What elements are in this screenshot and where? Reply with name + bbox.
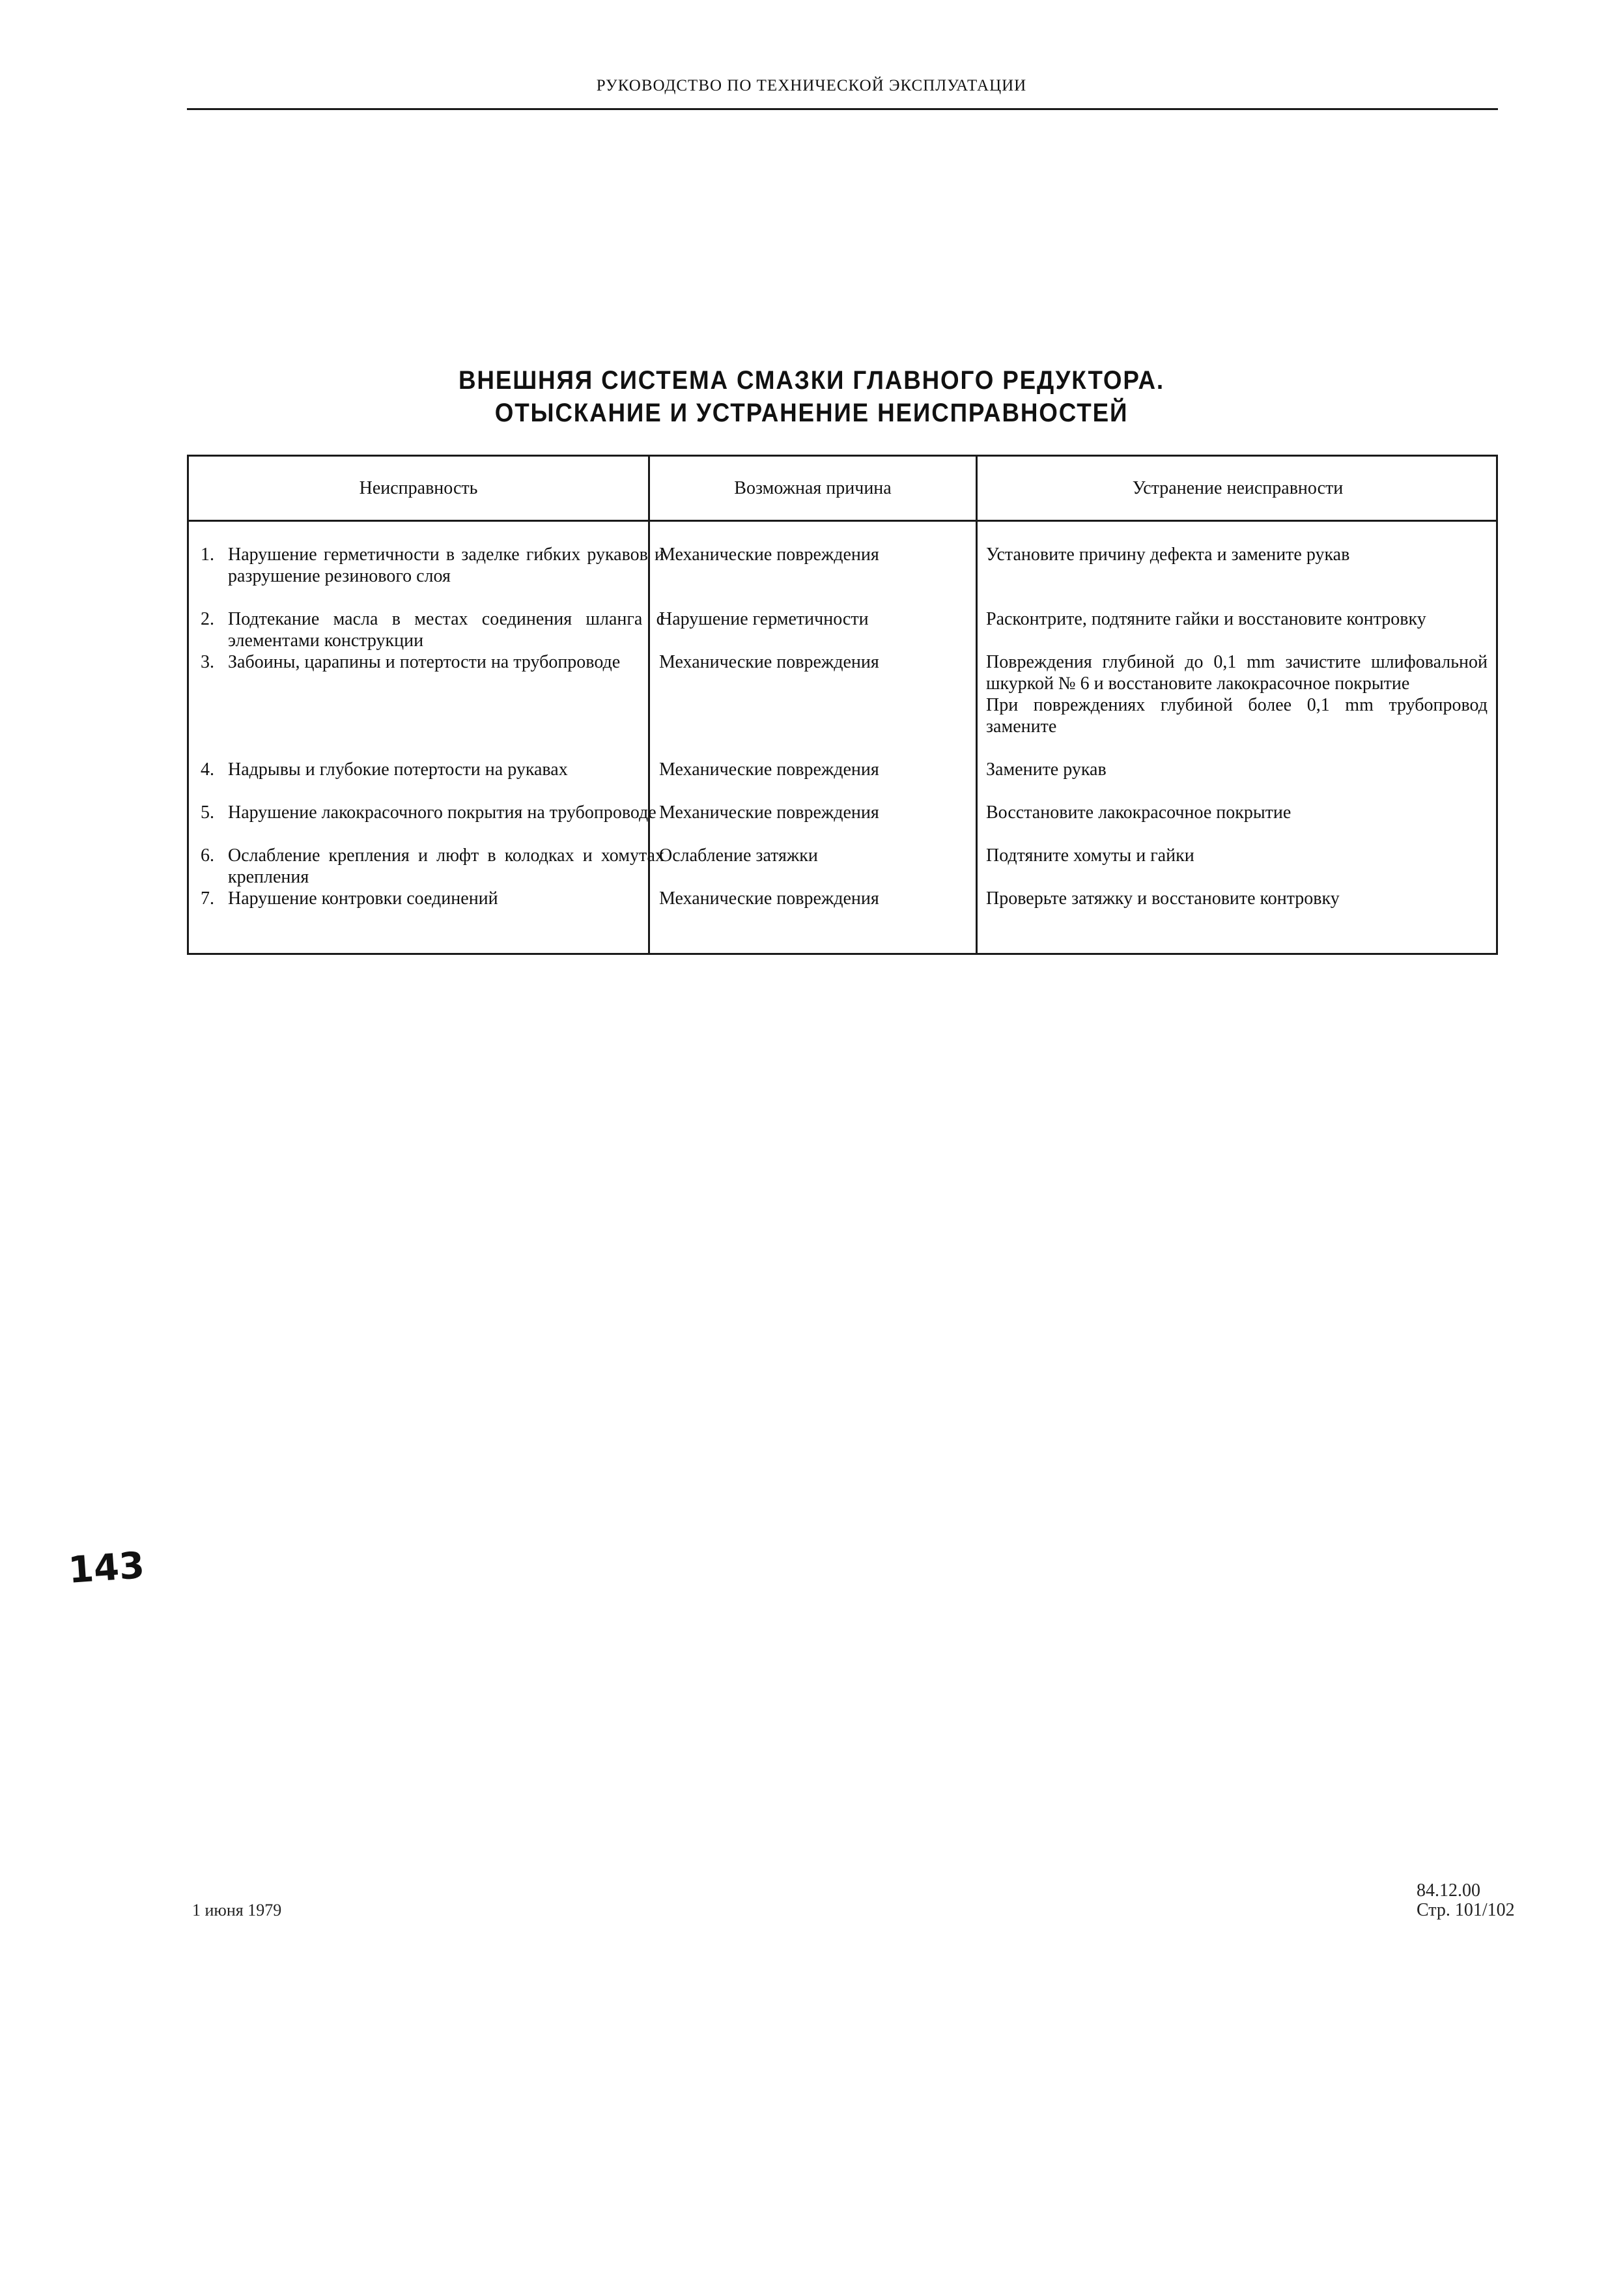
column-header-cause: Возможная причина	[650, 457, 976, 520]
table-row-7-fault: 7.Нарушение контровки соединений	[201, 888, 664, 909]
table-row-7-remedy: Проверьте затяжку и восстановите контров…	[986, 888, 1488, 909]
table-row-5-cause: Механические повреждения	[659, 802, 965, 823]
page-title-line-2: ОТЫСКАНИЕ И УСТРАНЕНИЕ НЕИСПРАВНОСТЕЙ	[65, 399, 1559, 428]
table-row-2-cause: Нарушение герметичности	[659, 608, 965, 630]
column-header-remedy: Устранение неисправности	[978, 457, 1498, 520]
table-row-1-fault: 1.Нарушение герметичности в заделке гибк…	[201, 544, 664, 587]
header-divider	[189, 520, 1496, 522]
column-divider	[976, 457, 978, 953]
document-code: 84.12.00	[1417, 1881, 1515, 1901]
page-title-line-1: ВНЕШНЯЯ СИСТЕМА СМАЗКИ ГЛАВНОГО РЕДУКТОР…	[65, 366, 1559, 395]
table-row-4-remedy: Замените рукав	[986, 759, 1488, 780]
table-row-2-remedy: Расконтрите, подтяните гайки и восстанов…	[986, 608, 1488, 630]
running-header: РУКОВОДСТВО ПО ТЕХНИЧЕСКОЙ ЭКСПЛУАТАЦИИ	[0, 77, 1623, 95]
table-row-6-remedy: Подтяните хомуты и гайки	[986, 845, 1488, 866]
table-row-1-remedy: Установите причину дефекта и замените ру…	[986, 544, 1488, 565]
footer-date: 1 июня 1979	[192, 1901, 281, 1920]
table-row-3-fault: 3.Забоины, царапины и потертости на труб…	[201, 651, 664, 673]
remedy-part-2: При повреждениях глубиной более 0,1 mm т…	[986, 694, 1488, 737]
remedy-part-1: Повреждения глубиной до 0,1 mm зачистите…	[986, 651, 1488, 694]
column-header-fault: Неисправность	[189, 457, 648, 520]
handwritten-page-number: 143	[67, 1544, 146, 1592]
table-row-4-fault: 4.Надрывы и глубокие потертости на рукав…	[201, 759, 664, 780]
header-rule	[187, 108, 1498, 110]
table-row-3-remedy: Повреждения глубиной до 0,1 mm зачистите…	[986, 651, 1488, 737]
table-row-6-fault: 6.Ослабление крепления и люфт в колодках…	[201, 845, 664, 888]
footer-page-ref: 84.12.00 Стр. 101/102	[1417, 1881, 1515, 1920]
table-row-1-cause: Механические повреждения	[659, 544, 965, 565]
table-row-5-remedy: Восстановите лакокрасочное покрытие	[986, 802, 1488, 823]
page-number: Стр. 101/102	[1417, 1901, 1515, 1920]
troubleshooting-table: Неисправность Возможная причина Устранен…	[187, 455, 1498, 955]
table-row-6-cause: Ослабление затяжки	[659, 845, 965, 866]
table-row-3-cause: Механические повреждения	[659, 651, 965, 673]
table-row-2-fault: 2.Подтекание масла в местах соединения ш…	[201, 608, 664, 651]
table-row-4-cause: Механические повреждения	[659, 759, 965, 780]
table-row-7-cause: Механические повреждения	[659, 888, 965, 909]
table-row-5-fault: 5.Нарушение лакокрасочного покрытия на т…	[201, 802, 664, 823]
